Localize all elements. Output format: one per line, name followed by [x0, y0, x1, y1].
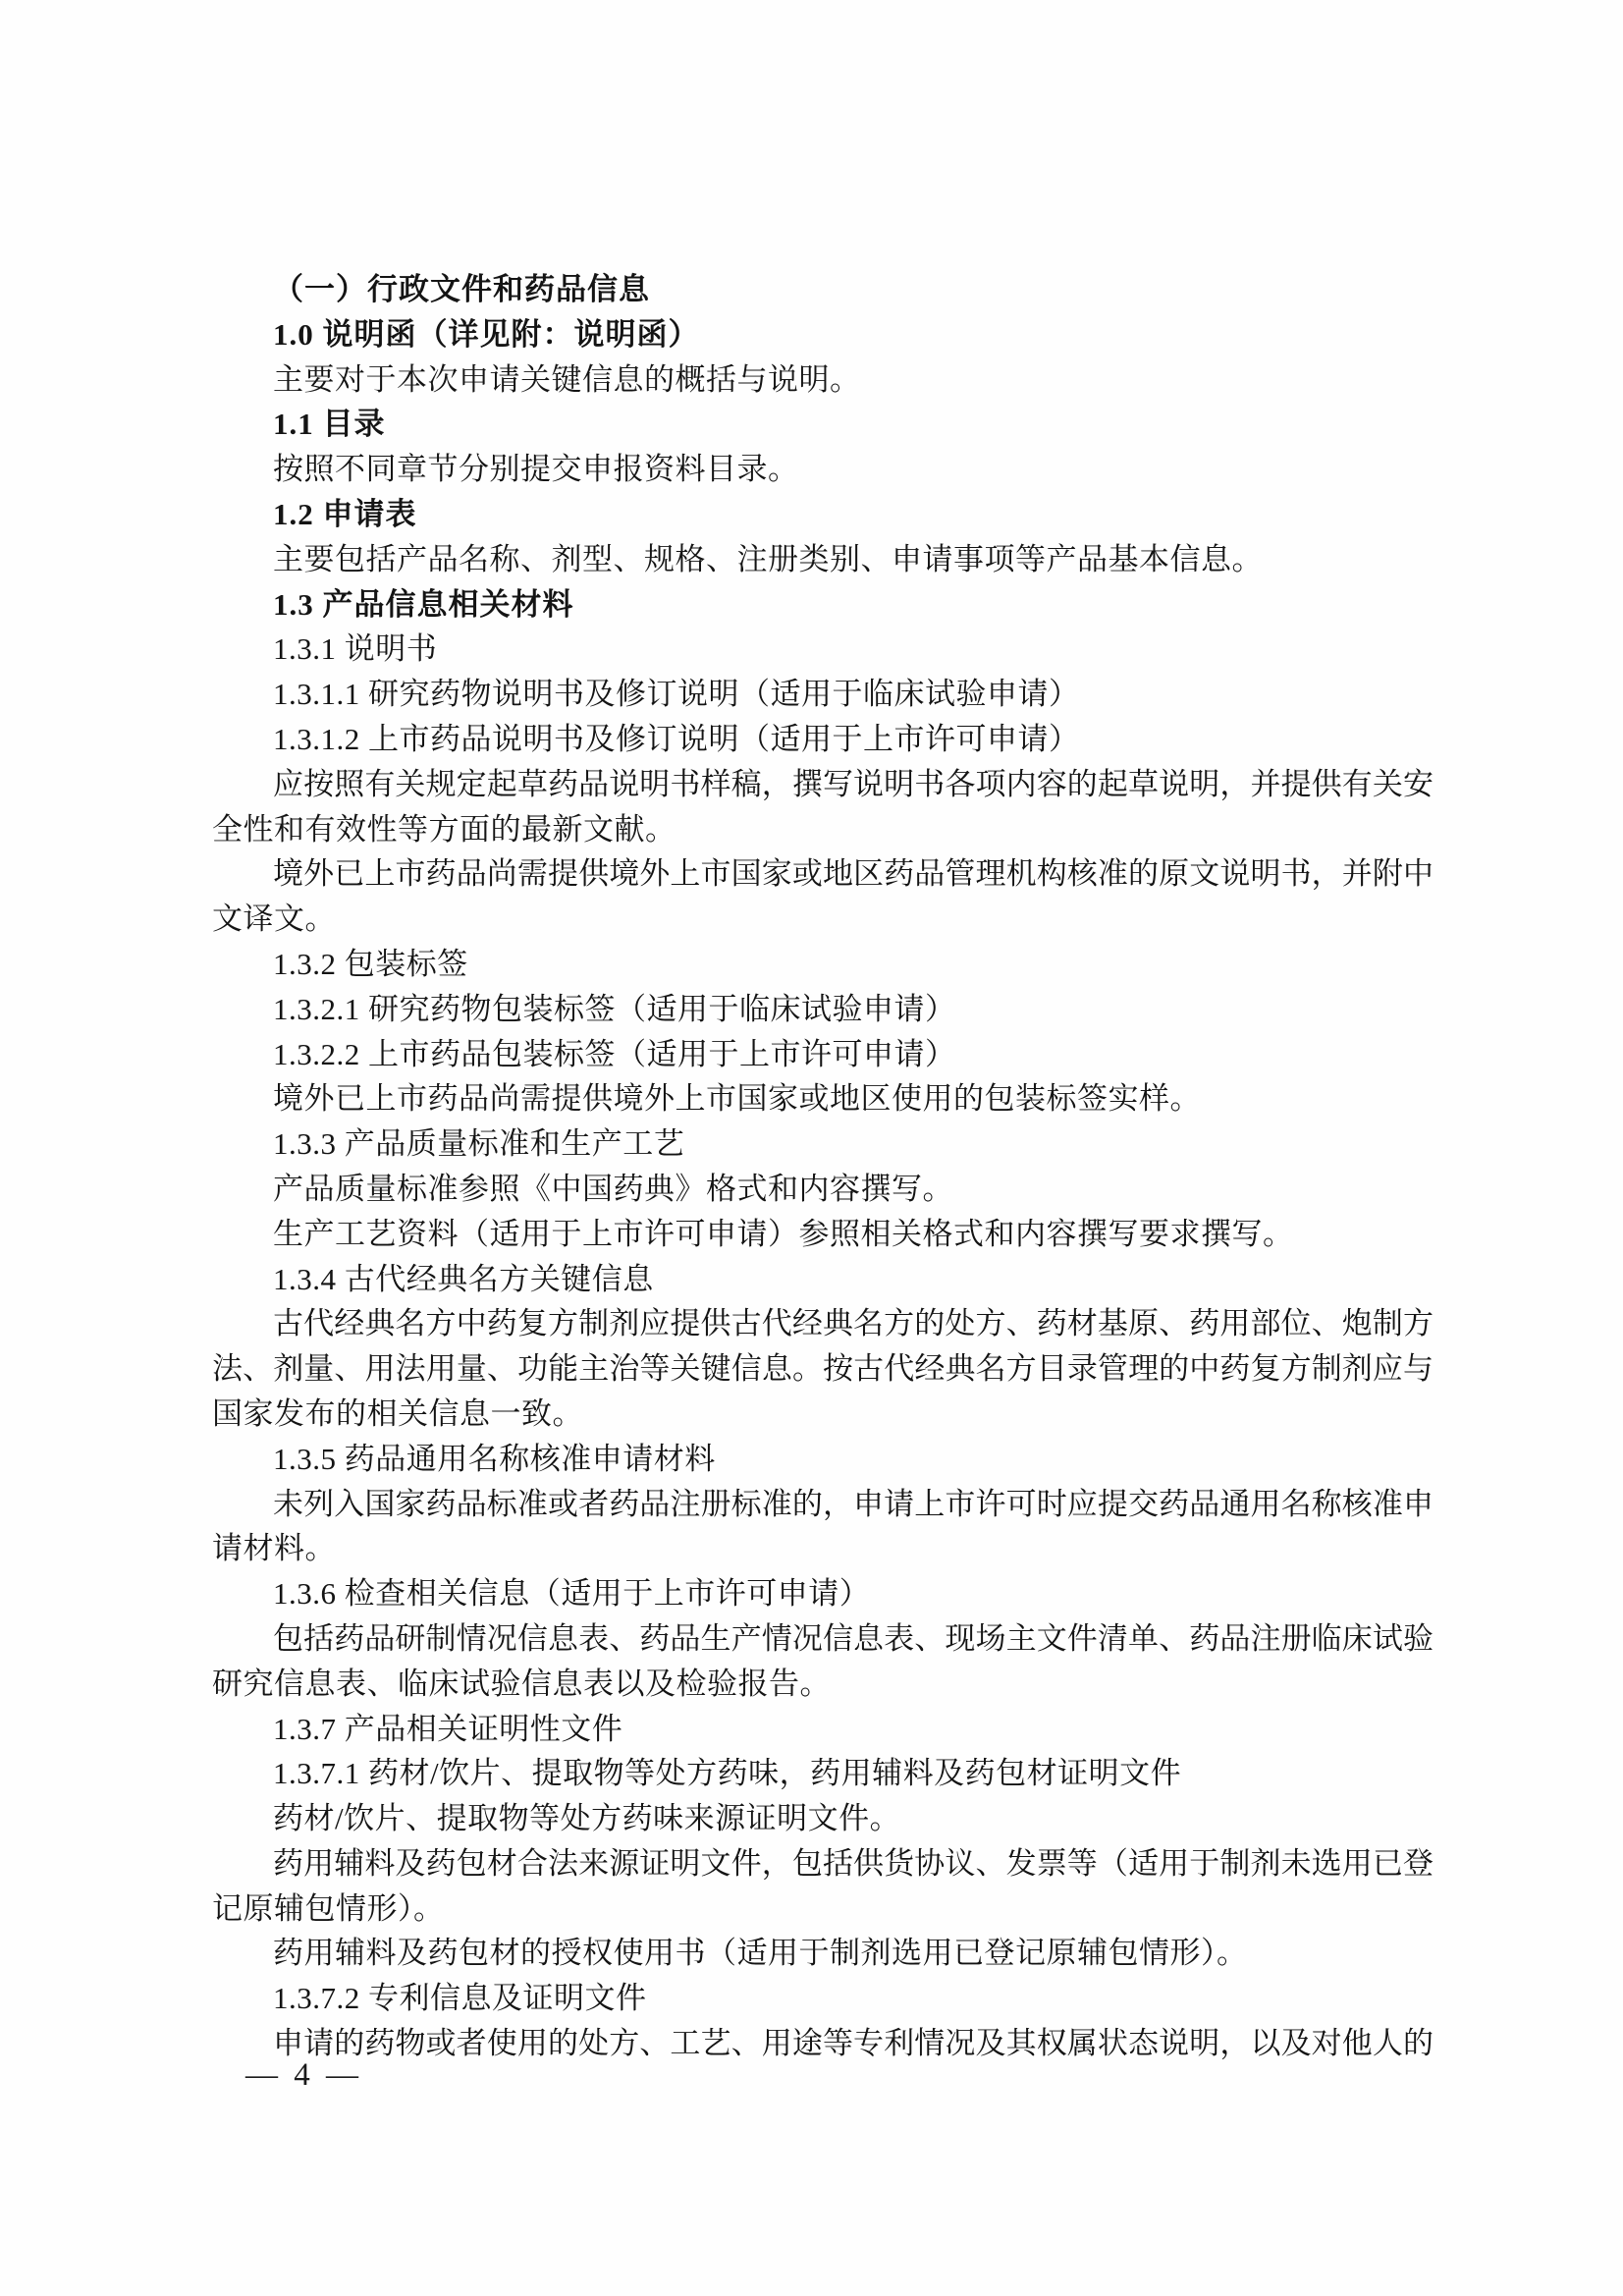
heading-1-2: 1.2 申请表 [212, 492, 1434, 537]
paragraph-line: 主要包括产品名称、剂型、规格、注册类别、申请事项等产品基本信息。 [212, 537, 1434, 582]
subheading-1-3-7-2: 1.3.7.2 专利信息及证明文件 [212, 1976, 1434, 2021]
paragraph-line: 主要对于本次申请关键信息的概括与说明。 [212, 357, 1434, 403]
subheading-1-3-5: 1.3.5 药品通用名称核准申请材料 [212, 1437, 1434, 1482]
paragraph-line: 古代经典名方中药复方制剂应提供古代经典名方的处方、药材基原、药用部位、炮制方 [212, 1301, 1434, 1346]
subheading-1-3-1: 1.3.1 说明书 [212, 627, 1434, 672]
paragraph-line: 药用辅料及药包材的授权使用书（适用于制剂选用已登记原辅包情形）。 [212, 1931, 1434, 1976]
paragraph-line: 生产工艺资料（适用于上市许可申请）参照相关格式和内容撰写要求撰写。 [212, 1212, 1434, 1257]
subheading-1-3-6: 1.3.6 检查相关信息（适用于上市许可申请） [212, 1571, 1434, 1616]
heading-1-3: 1.3 产品信息相关材料 [212, 582, 1434, 628]
subheading-1-3-2-1: 1.3.2.1 研究药物包装标签（适用于临床试验申请） [212, 987, 1434, 1032]
paragraph-line: 按照不同章节分别提交申报资料目录。 [212, 447, 1434, 492]
paragraph-line: 药用辅料及药包材合法来源证明文件，包括供货协议、发票等（适用于制剂未选用已登 [212, 1841, 1434, 1886]
paragraph-line: 应按照有关规定起草药品说明书样稿，撰写说明书各项内容的起草说明，并提供有关安 [212, 762, 1434, 807]
paragraph-line: 申请的药物或者使用的处方、工艺、用途等专利情况及其权属状态说明，以及对他人的 [212, 2021, 1434, 2066]
subheading-1-3-2: 1.3.2 包装标签 [212, 942, 1434, 987]
subheading-1-3-7: 1.3.7 产品相关证明性文件 [212, 1707, 1434, 1752]
subheading-1-3-1-2: 1.3.1.2 上市药品说明书及修订说明（适用于上市许可申请） [212, 717, 1434, 762]
subheading-1-3-1-1: 1.3.1.1 研究药物说明书及修订说明（适用于临床试验申请） [212, 672, 1434, 717]
paragraph-line: 境外已上市药品尚需提供境外上市国家或地区药品管理机构核准的原文说明书，并附中 [212, 851, 1434, 897]
document-body: （一）行政文件和药品信息 1.0 说明函（详见附：说明函） 主要对于本次申请关键… [212, 267, 1434, 2066]
page-number: — 4 — [245, 2052, 362, 2098]
paragraph-line: 记原辅包情形）。 [212, 1886, 1434, 1932]
paragraph-line: 研究信息表、临床试验信息表以及检验报告。 [212, 1662, 1434, 1707]
subheading-1-3-3: 1.3.3 产品质量标准和生产工艺 [212, 1121, 1434, 1167]
paragraph-line: 产品质量标准参照《中国药典》格式和内容撰写。 [212, 1167, 1434, 1212]
subheading-1-3-2-2: 1.3.2.2 上市药品包装标签（适用于上市许可申请） [212, 1032, 1434, 1077]
paragraph-line: 请材料。 [212, 1526, 1434, 1571]
subheading-1-3-7-1: 1.3.7.1 药材/饮片、提取物等处方药味，药用辅料及药包材证明文件 [212, 1751, 1434, 1796]
paragraph-line: 文译文。 [212, 897, 1434, 942]
paragraph-line: 包括药品研制情况信息表、药品生产情况信息表、现场主文件清单、药品注册临床试验 [212, 1616, 1434, 1662]
document-page: （一）行政文件和药品信息 1.0 说明函（详见附：说明函） 主要对于本次申请关键… [0, 0, 1623, 2296]
heading-1-0: 1.0 说明函（详见附：说明函） [212, 312, 1434, 357]
paragraph-line: 法、剂量、用法用量、功能主治等关键信息。按古代经典名方目录管理的中药复方制剂应与 [212, 1346, 1434, 1392]
paragraph-line: 全性和有效性等方面的最新文献。 [212, 807, 1434, 852]
paragraph-line: 未列入国家药品标准或者药品注册标准的，申请上市许可时应提交药品通用名称核准申 [212, 1482, 1434, 1527]
paragraph-line: 国家发布的相关信息一致。 [212, 1392, 1434, 1437]
heading-1-1: 1.1 目录 [212, 402, 1434, 447]
paragraph-line: 境外已上市药品尚需提供境外上市国家或地区使用的包装标签实样。 [212, 1076, 1434, 1121]
section-heading: （一）行政文件和药品信息 [212, 267, 1434, 312]
paragraph-line: 药材/饮片、提取物等处方药味来源证明文件。 [212, 1796, 1434, 1841]
subheading-1-3-4: 1.3.4 古代经典名方关键信息 [212, 1257, 1434, 1302]
